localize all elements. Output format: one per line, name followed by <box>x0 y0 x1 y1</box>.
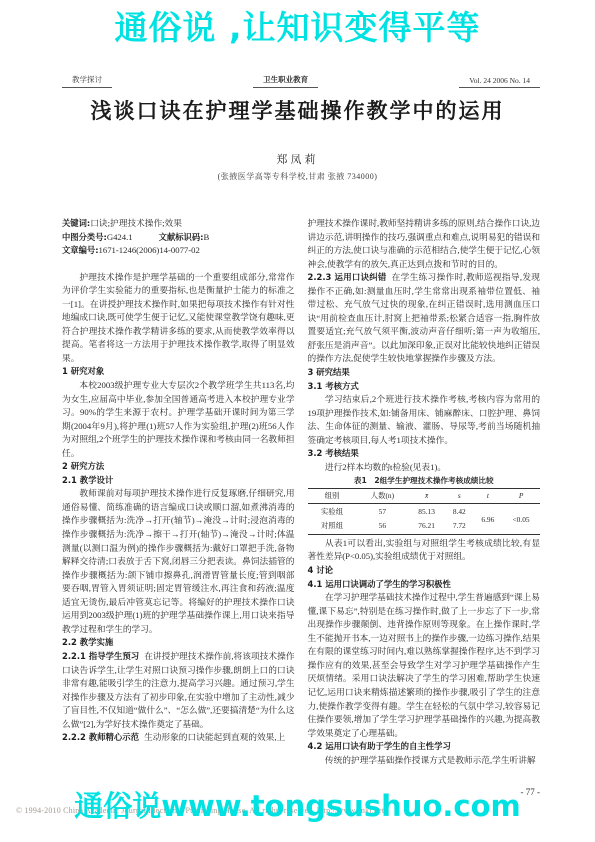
col-header-s: s <box>445 488 474 503</box>
cell-p-value: <0.05 <box>502 503 540 534</box>
paragraph-2-2-1-text: 在讲授护理技术操作前,将该项技术操作口诀告诉学生,让学生对照口诀预习操作步骤,朗… <box>62 651 295 729</box>
col-header-mean: x̄ <box>408 488 445 503</box>
section-heading-3-1: 3.1 考核方式 <box>308 380 541 394</box>
cell-group: 对照组 <box>308 519 357 535</box>
clc-label: 中图分类号: <box>62 232 107 242</box>
col-header-group: 组别 <box>308 488 357 503</box>
journal-name: 卫生职业教育 <box>253 74 318 88</box>
section-heading-2-1: 2.1 教学设计 <box>62 474 295 488</box>
table-row: 实验组 57 85.13 8.42 6.96 <0.05 <box>308 503 541 519</box>
col-header-t: t <box>474 488 503 503</box>
intro-paragraph: 护理技术操作是护理学基础的一个重要组成部分,常常作为评价学生实验能力的重要指标,… <box>62 271 295 366</box>
paragraph-t-test: 进行2样本均数的t检验(见表1)。 <box>308 461 541 475</box>
runin-heading-2-2-2: 2.2.2 教师精心示范 <box>62 732 139 742</box>
paragraph-continuation: 护理技术操作课时,教师坚持精讲多练的原则,结合操作口诀,边讲边示范,讲明操作的技… <box>308 217 541 271</box>
right-column: 护理技术操作课时,教师坚持精讲多练的原则,结合操作口诀,边讲边示范,讲明操作的技… <box>308 217 541 767</box>
cell-n: 56 <box>357 519 409 535</box>
paragraph-2-2-2: 2.2.2 教师精心示范生动形象的口诀能起到直观的效果,上 <box>62 731 295 745</box>
paragraph-2-2-1: 2.2.1 指导学生预习在讲授护理技术操作前,将该项技术操作口诀告诉学生,让学生… <box>62 650 295 731</box>
paragraph-2-2-3-text: 在学生练习操作时,教师巡视指导,发现操作不正确,如:测量血压时,学生常常出现系袖… <box>308 272 541 363</box>
cell-n: 57 <box>357 503 409 519</box>
left-column: 关键词:口诀;护理技术操作;效果 中图分类号:G424.1文献标识码:B 文章编… <box>62 217 295 767</box>
article-title: 浅谈口诀在护理学基础操作教学中的运用 <box>0 95 595 125</box>
keywords-value: 口诀;护理技术操作;效果 <box>90 218 182 228</box>
journal-issue: Vol. 24 2006 No. 14 <box>459 76 540 88</box>
article-id-line: 文章编号:1671-1246(2006)14-0077-02 <box>62 244 295 258</box>
keywords-label: 关键词: <box>62 218 90 228</box>
classification-line: 中图分类号:G424.1文献标识码:B <box>62 231 295 245</box>
section-heading-2: 2 研究方法 <box>62 460 295 474</box>
author-name: 郑凤莉 <box>0 151 595 167</box>
doc-code-value: B <box>203 232 209 242</box>
runin-heading-2-2-1: 2.2.1 指导学生预习 <box>62 651 139 661</box>
table-caption: 表1 2组学生护理技术操作考核成绩比较 <box>308 474 541 488</box>
paragraph-table-result: 从表1可以看出,实验组与对照组学生考核成绩比较,有显著性差异(P<0.05),实… <box>308 537 541 564</box>
paragraph-2-2-2-text: 生动形象的口诀能起到直观的效果,上 <box>144 732 285 742</box>
section-heading-3: 3 研究结果 <box>308 366 541 380</box>
bottom-watermark: 通俗说www.tongsushuo.com <box>0 784 595 825</box>
cell-mean: 76.21 <box>408 519 445 535</box>
paragraph-teaching-design: 教师课前对每项护理技术操作进行反复琢磨,仔细研究,用通俗易懂、简练准确的语言编成… <box>62 487 295 636</box>
section-heading-4-2: 4.2 运用口诀有助于学生的自主性学习 <box>308 740 541 754</box>
section-heading-3-2: 3.2 考核结果 <box>308 447 541 461</box>
col-header-p: P <box>502 488 540 503</box>
cell-group: 实验组 <box>308 503 357 519</box>
section-heading-1: 1 研究对象 <box>62 365 295 379</box>
article-id-value: 1671-1246(2006)14-0077-02 <box>99 245 200 255</box>
paragraph-discussion-2: 传统的护理学基础操作授课方式是教师示范,学生听讲解 <box>308 754 541 768</box>
cell-s: 7.72 <box>445 519 474 535</box>
section-heading-4: 4 讨论 <box>308 564 541 578</box>
cell-t-value: 6.96 <box>474 503 503 534</box>
article-id-label: 文章编号: <box>62 245 99 255</box>
section-heading-4-1: 4.1 运用口诀调动了学生的学习积极性 <box>308 578 541 592</box>
keywords-line: 关键词:口诀;护理技术操作;效果 <box>62 217 295 231</box>
col-header-n: 人数(n) <box>357 488 409 503</box>
top-watermark: 通俗说 ,让知识变得平等 <box>0 2 595 49</box>
cell-s: 8.42 <box>445 503 474 519</box>
journal-header: 教学探讨 卫生职业教育 Vol. 24 2006 No. 14 <box>62 74 540 88</box>
paragraph-2-2-3: 2.2.3 运用口诀纠错在学生练习操作时,教师巡视指导,发现操作不正确,如:测量… <box>308 271 541 366</box>
cell-mean: 85.13 <box>408 503 445 519</box>
paragraph-discussion-1: 在学习护理学基础技术操作过程中,学生普遍感到“课上易懂,课下易忘”,特别是在练习… <box>308 591 541 740</box>
journal-section-label: 教学探讨 <box>62 74 112 88</box>
clc-value: G424.1 <box>107 232 133 242</box>
table-header-row: 组别 人数(n) x̄ s t P <box>308 488 541 503</box>
results-table: 组别 人数(n) x̄ s t P 实验组 57 85.13 8.42 6.96… <box>308 488 541 535</box>
paragraph-assessment-method: 学习结束后,2个班进行技术操作考核,考核内容为常用的19项护理操作技术,如:铺备… <box>308 393 541 447</box>
runin-heading-2-2-3: 2.2.3 运用口诀纠错 <box>308 272 387 282</box>
author-affiliation: (张掖医学高等专科学校,甘肃 张掖 734000) <box>0 171 595 182</box>
article-body: 关键词:口诀;护理技术操作;效果 中图分类号:G424.1文献标识码:B 文章编… <box>62 217 540 767</box>
section-heading-2-2: 2.2 教学实施 <box>62 636 295 650</box>
doc-code-label: 文献标识码: <box>159 232 204 242</box>
paragraph-subjects: 本校2003级护理专业大专层次2个教学班学生共113名,均为女生,应届高中毕业,… <box>62 379 295 460</box>
